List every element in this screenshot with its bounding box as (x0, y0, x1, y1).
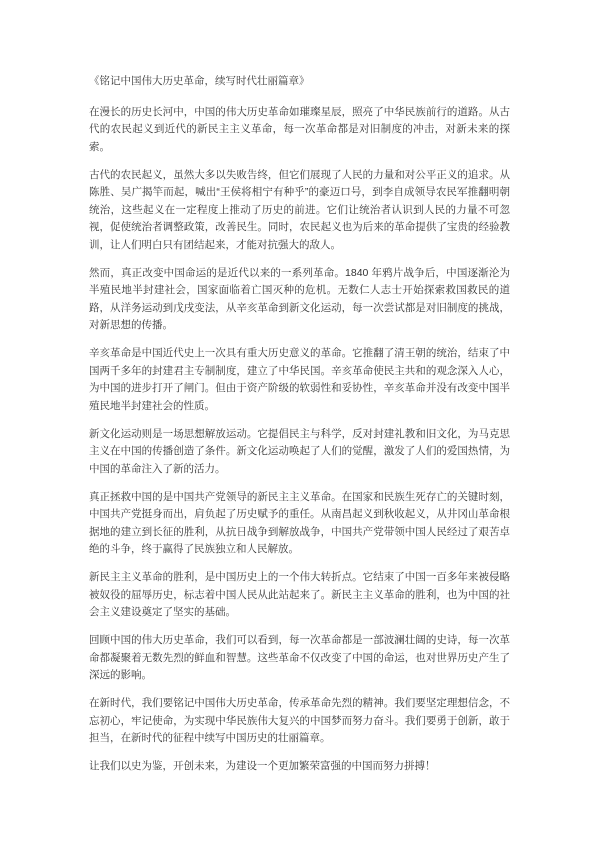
paragraph: 辛亥革命是中国近代史上一次具有重大历史意义的革命。它推翻了清王朝的统治，结束了中… (89, 345, 510, 415)
document-page: 《铭记中国伟大历史革命，续写时代壮丽篇章》 在漫长的历史长河中，中国的伟大历史革… (0, 0, 595, 841)
paragraph: 新民主主义革命的胜利，是中国历史上的一个伟大转折点。它结束了中国一百多年来被侵略… (89, 569, 510, 622)
paragraph: 新文化运动则是一场思想解放运动。它提倡民主与科学，反对封建礼教和旧文化，为马克思… (89, 426, 510, 479)
paragraph: 回顾中国的伟大历史革命，我们可以看到，每一次革命都是一部波澜壮阔的史诗，每一次革… (89, 632, 510, 685)
paragraph-list: 在漫长的历史长河中，中国的伟大历史革命如璀璨星辰，照亮了中华民族前行的道路。从古… (89, 104, 510, 776)
paragraph: 在新时代，我们要铭记中国伟大历史革命，传承革命先烈的精神。我们要坚定理想信念，不… (89, 695, 510, 748)
paragraph: 真正拯救中国的是中国共产党领导的新民主主义革命。在国家和民族生死存亡的关键时刻，… (89, 489, 510, 559)
paragraph: 让我们以史为鉴，开创未来，为建设一个更加繁荣富强的中国而努力拼搏！ (89, 758, 510, 776)
paragraph: 古代的农民起义，虽然大多以失败告终，但它们展现了人民的力量和对公平正义的追求。从… (89, 167, 510, 255)
paragraph: 在漫长的历史长河中，中国的伟大历史革命如璀璨星辰，照亮了中华民族前行的道路。从古… (89, 104, 510, 157)
paragraph: 然而，真正改变中国命运的是近代以来的一系列革命。1840 年鸦片战争后，中国逐渐… (89, 265, 510, 335)
document-title: 《铭记中国伟大历史革命，续写时代壮丽篇章》 (89, 73, 510, 91)
